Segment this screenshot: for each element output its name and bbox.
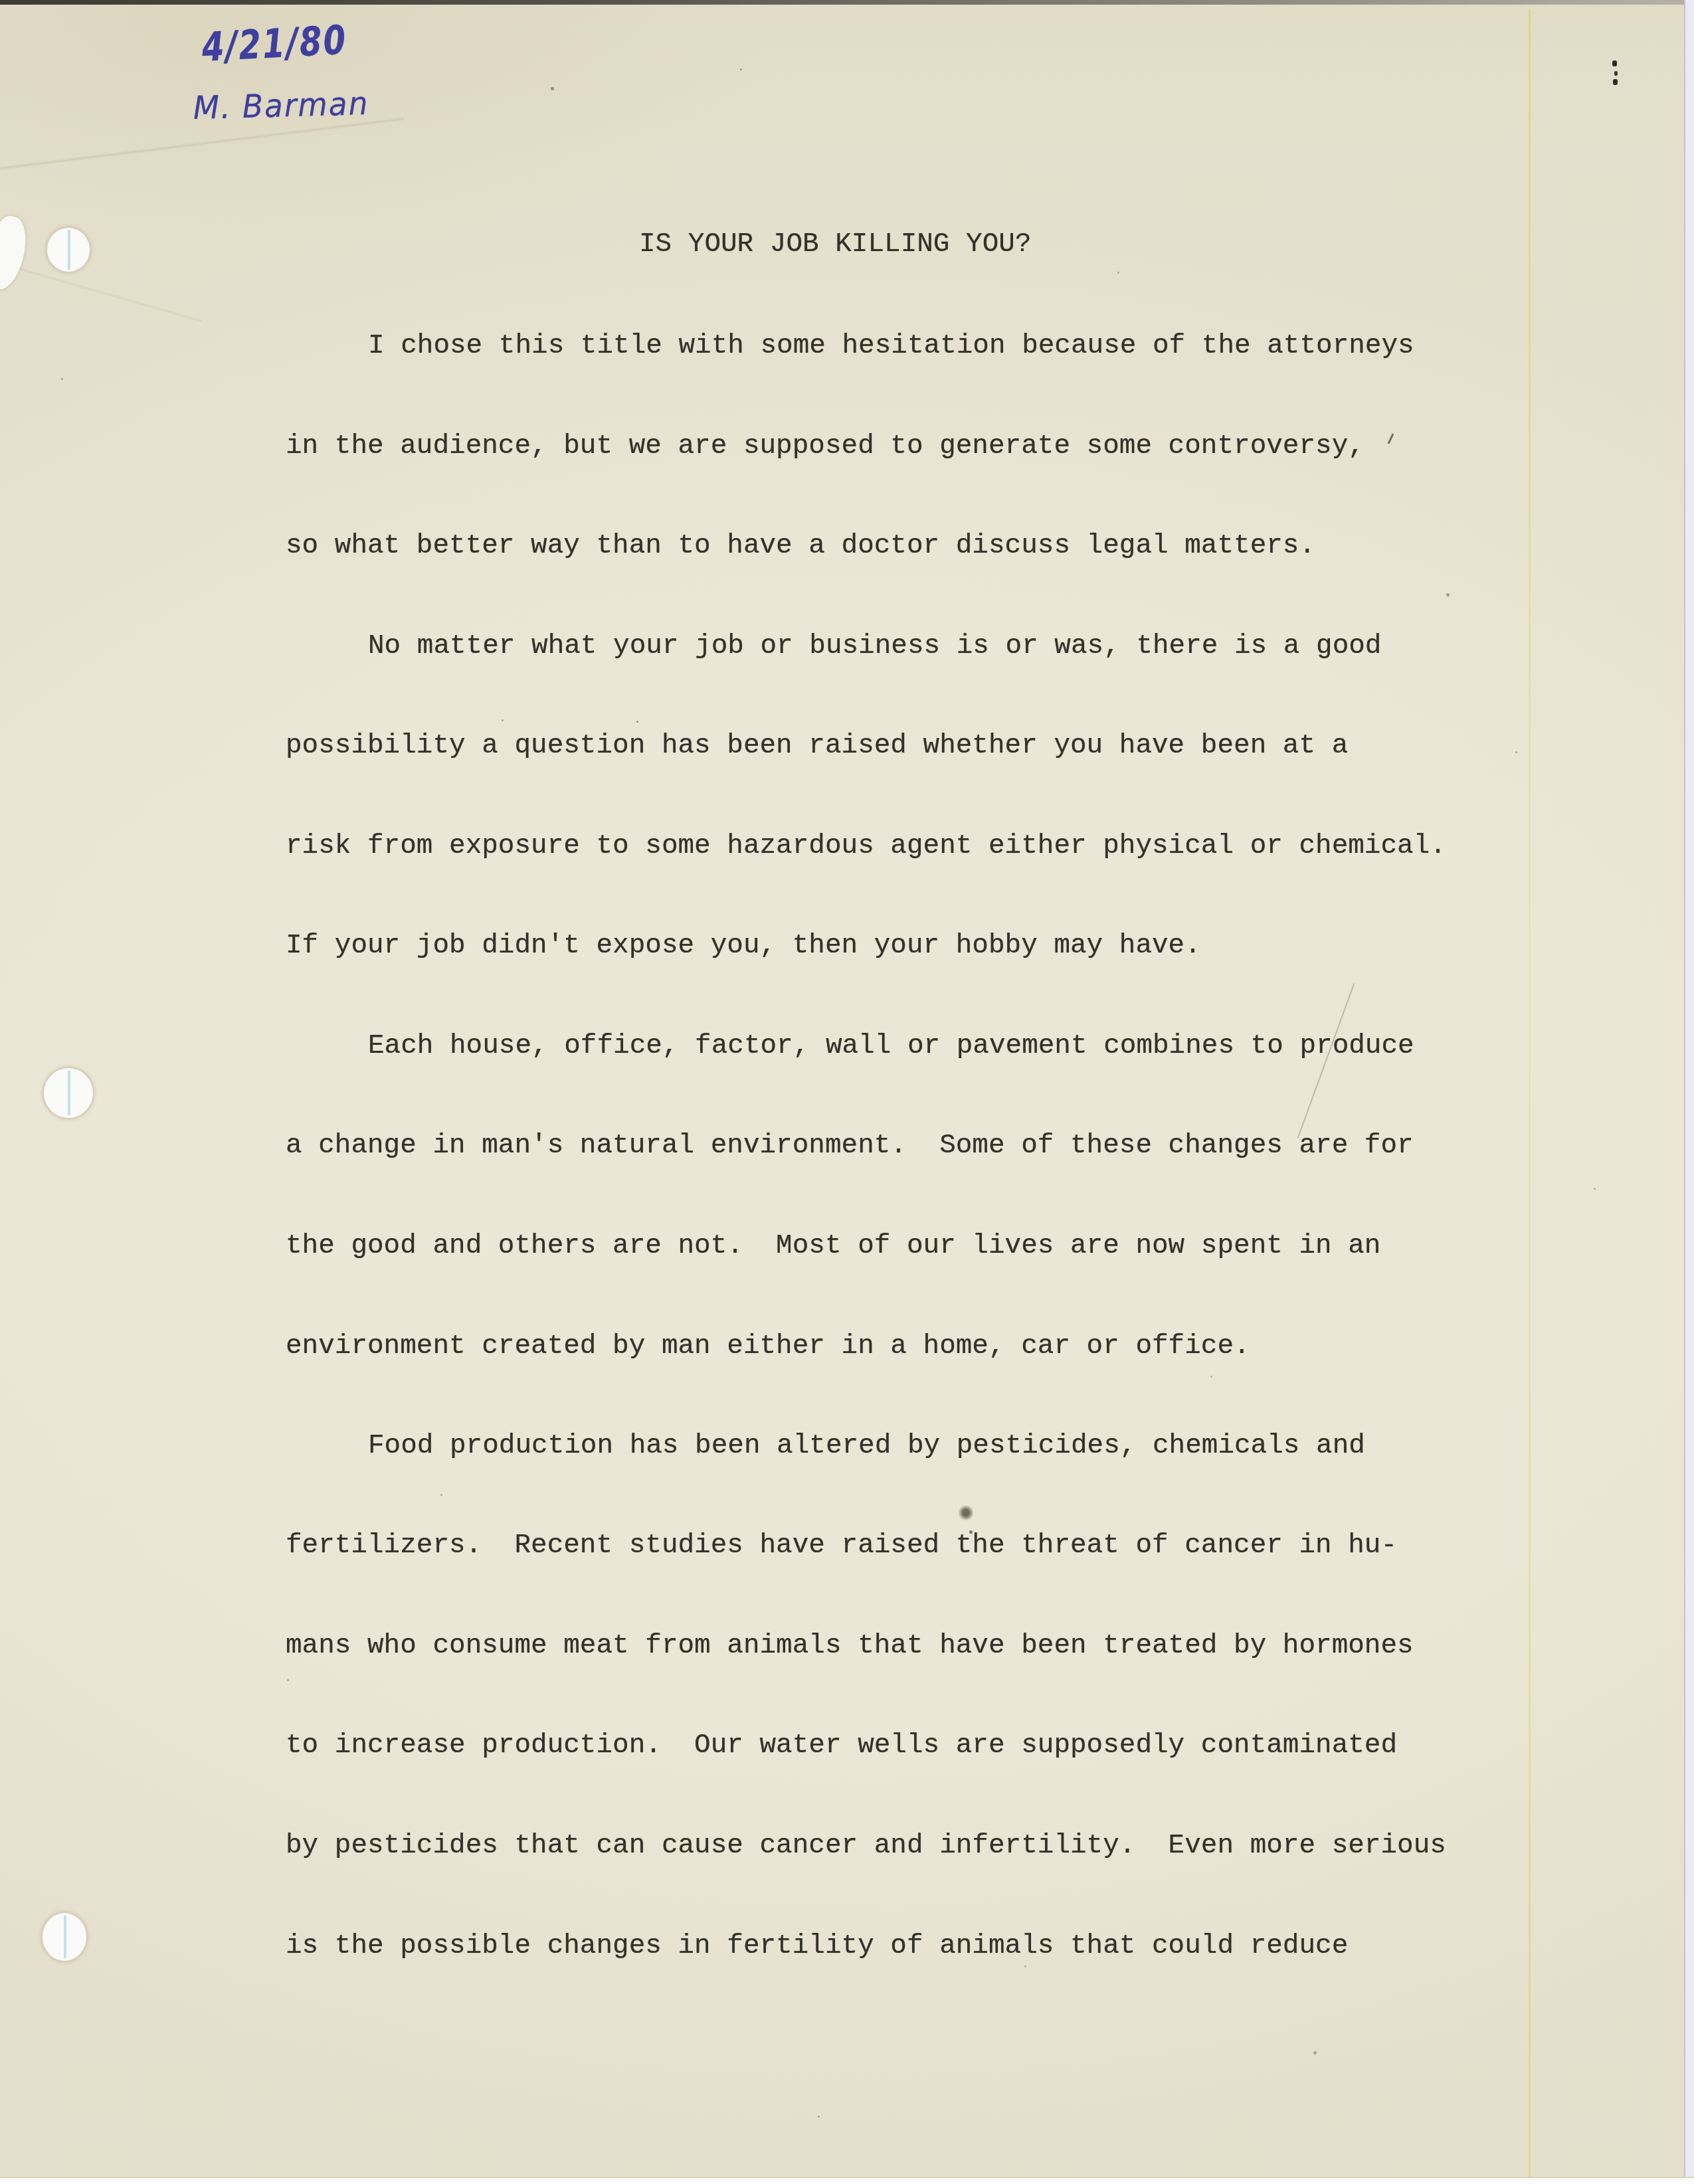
typewritten-line-15: to increase production. Our water wells … [286, 1731, 1397, 1760]
scan-bottom-edge [0, 2177, 1694, 2184]
hole-punch [43, 1913, 86, 1961]
paper-crease [0, 260, 202, 322]
typewritten-line-2: in the audience, but we are supposed to … [286, 432, 1365, 461]
scan-right-edge [1684, 0, 1694, 2184]
scan-top-edge [0, 0, 1694, 5]
ink-mark [1612, 60, 1617, 66]
typewritten-line-7: If your job didn't expose you, then your… [286, 931, 1201, 960]
typewritten-line-6: risk from exposure to some hazardous age… [286, 832, 1446, 861]
typewritten-line-14: mans who consume meat from animals that … [286, 1631, 1414, 1661]
document-title: IS YOUR JOB KILLING YOU? [639, 230, 1032, 259]
ink-tick-mark [1387, 433, 1394, 444]
typewritten-line-16: by pesticides that can cause cancer and … [286, 1831, 1446, 1861]
typewritten-line-8: Each house, office, factor, wall or pave… [368, 1032, 1414, 1061]
typewritten-line-9: a change in man's natural environment. S… [286, 1131, 1414, 1160]
typewritten-line-5: possibility a question has been raised w… [286, 731, 1348, 761]
typewritten-line-1: I chose this title with some hesitation … [368, 331, 1414, 361]
ink-smudge [959, 1504, 973, 1521]
typewritten-line-4: No matter what your job or business is o… [368, 632, 1381, 661]
handwritten-date: 4/21/80 [201, 17, 348, 71]
scanned-page: 4/21/80 M. Barman IS YOUR JOB KILLING YO… [0, 0, 1694, 2184]
typewritten-line-13: fertilizers. Recent studies have raised … [286, 1531, 1397, 1560]
typewritten-line-11: environment created by man either in a h… [286, 1332, 1250, 1361]
hole-punch [44, 1068, 93, 1118]
paper-specks [0, 5, 2, 7]
paper-sheet: 4/21/80 M. Barman IS YOUR JOB KILLING YO… [0, 5, 1694, 2177]
typewritten-line-3: so what better way than to have a doctor… [286, 531, 1315, 561]
torn-paper-bit [0, 213, 33, 293]
handwritten-author: M. Barman [193, 85, 369, 127]
typewritten-line-12: Food production has been altered by pest… [368, 1431, 1365, 1461]
hole-punch [47, 228, 90, 272]
paper-edge-artifact-line [1529, 9, 1531, 2183]
typewritten-line-10: the good and others are not. Most of our… [286, 1231, 1380, 1261]
typewritten-line-17: is the possible changes in fertility of … [286, 1932, 1348, 1961]
